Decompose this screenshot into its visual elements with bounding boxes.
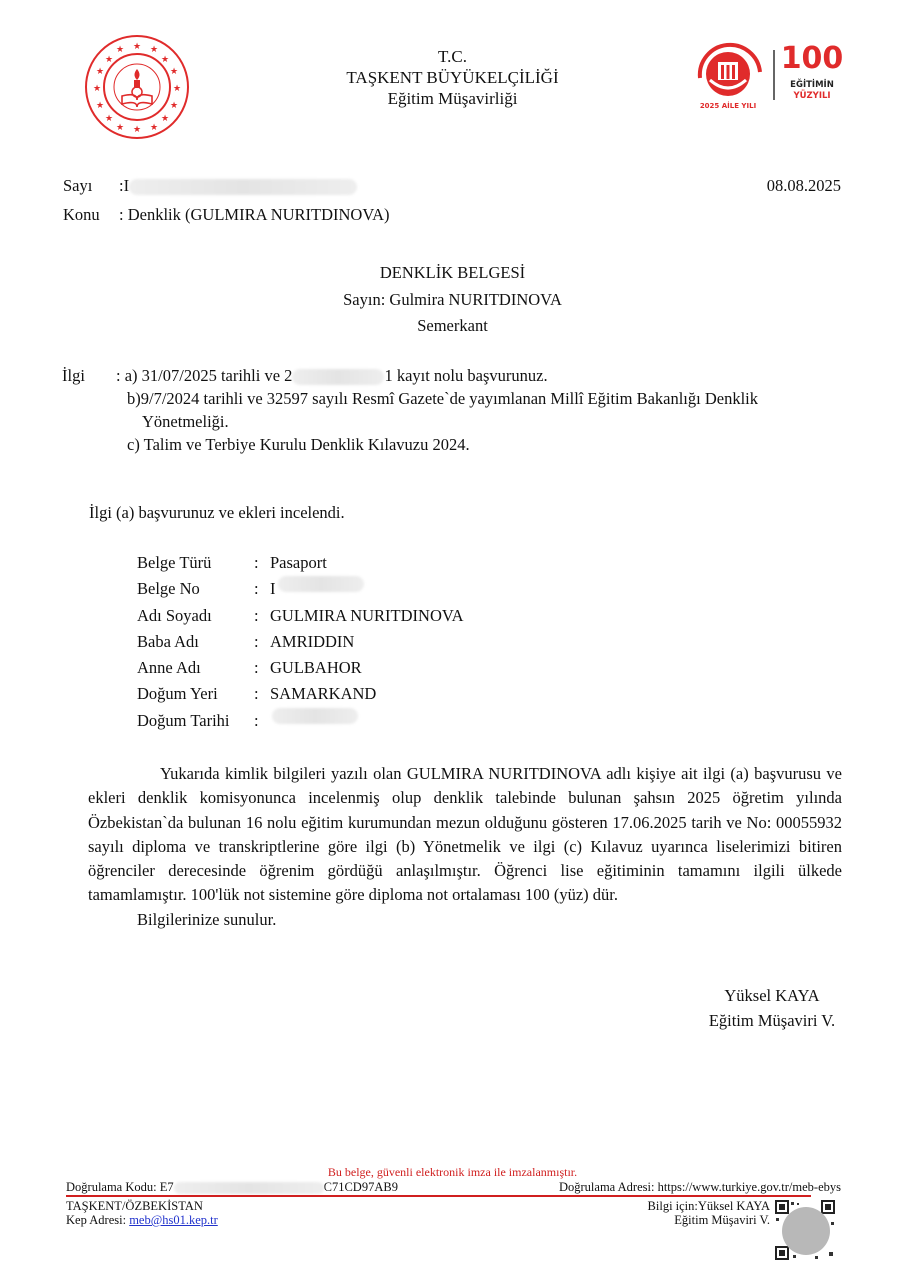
svg-text:★: ★ [133, 125, 141, 135]
qr-code [775, 1200, 835, 1260]
footer-location: TAŞKENT/ÖZBEKİSTAN [66, 1199, 218, 1213]
field-colon: : [254, 603, 270, 629]
footer-info-contact: Bilgi için:Yüksel KAYA [648, 1199, 770, 1213]
addressee: Sayın: Gulmira NURITDINOVA [0, 287, 905, 314]
field-row: Belge No:I [137, 576, 464, 602]
field-colon: : [254, 550, 270, 576]
qr-code-icon [775, 1200, 835, 1260]
svg-text:EĞİTİMİN: EĞİTİMİN [790, 78, 834, 90]
svg-text:2025 AİLE YILI: 2025 AİLE YILI [700, 101, 756, 110]
field-value: I [270, 576, 276, 602]
sayi-row: Sayı:I [63, 176, 357, 196]
body-paragraph: Yukarıda kimlik bilgileri yazılı olan GU… [88, 762, 842, 908]
ilgi-references: İlgi: a) 31/07/2025 tarihli ve 21 kayıt … [62, 364, 852, 456]
field-label: Doğum Tarihi [137, 708, 254, 734]
verification-address: Doğrulama Adresi: https://www.turkiye.go… [559, 1180, 841, 1195]
svg-text:★: ★ [150, 123, 158, 133]
field-value: GULMIRA NURITDINOVA [270, 603, 464, 629]
konu-value: : Denklik (GULMIRA NURITDINOVA) [119, 205, 390, 224]
svg-text:★: ★ [116, 123, 124, 133]
aile-yili-logo-icon: 2025 AİLE YILI 100 EĞİTİMİN YÜZYILI [692, 38, 844, 110]
field-colon: : [254, 681, 270, 707]
sayi-value-prefix: :I [119, 176, 129, 195]
aile-yili-100-yil-logo: 2025 AİLE YILI 100 EĞİTİMİN YÜZYILI [692, 38, 844, 110]
field-label: Anne Adı [137, 655, 254, 681]
redacted-verification-code [174, 1182, 324, 1194]
verification-line: Doğrulama Kodu: E7C71CD97AB9 Doğrulama A… [66, 1180, 841, 1195]
field-label: Doğum Yeri [137, 681, 254, 707]
ilgi-label: İlgi [62, 364, 116, 387]
signer-name: Yüksel KAYA [692, 984, 852, 1009]
redacted-field-value [272, 708, 358, 724]
signer-title: Eğitim Müşaviri V. [692, 1009, 852, 1034]
konu-label: Konu [63, 205, 119, 225]
field-label: Belge Türü [137, 550, 254, 576]
kep-address-row: Kep Adresi: meb@hs01.kep.tr [66, 1213, 218, 1227]
redacted-sayi [129, 179, 357, 195]
esign-note: Bu belge, güvenli elektronik imza ile im… [0, 1165, 905, 1180]
intro-sentence: İlgi (a) başvurunuz ve ekleri incelendi. [89, 503, 345, 523]
ilgi-item-a: İlgi: a) 31/07/2025 tarihli ve 21 kayıt … [62, 364, 852, 387]
svg-text:100: 100 [781, 41, 844, 76]
svg-text:YÜZYILI: YÜZYILI [792, 90, 830, 101]
verification-code: Doğrulama Kodu: E7C71CD97AB9 [66, 1180, 398, 1195]
field-colon: : [254, 655, 270, 681]
document-date: 08.08.2025 [767, 176, 841, 196]
svg-text:★: ★ [161, 114, 169, 124]
document-title: DENKLİK BELGESİ [0, 260, 905, 287]
footer-left: TAŞKENT/ÖZBEKİSTAN Kep Adresi: meb@hs01.… [66, 1199, 218, 1227]
field-row: Doğum Yeri:SAMARKAND [137, 681, 464, 707]
field-row: Baba Adı:AMRIDDIN [137, 629, 464, 655]
footer-divider [66, 1195, 811, 1197]
closing-line: Bilgilerinize sunulur. [88, 908, 842, 932]
body-text: Yukarıda kimlik bilgileri yazılı olan GU… [88, 762, 842, 932]
field-row: Adı Soyadı:GULMIRA NURITDINOVA [137, 603, 464, 629]
field-value: Pasaport [270, 550, 327, 576]
konu-row: Konu: Denklik (GULMIRA NURITDINOVA) [63, 205, 390, 225]
field-value: AMRIDDIN [270, 629, 354, 655]
redacted-kayit-no [292, 369, 384, 385]
kep-address-link[interactable]: meb@hs01.kep.tr [129, 1213, 218, 1227]
title-block: DENKLİK BELGESİ Sayın: Gulmira NURITDINO… [0, 260, 905, 340]
field-label: Baba Adı [137, 629, 254, 655]
footer-right: Bilgi için:Yüksel KAYA Eğitim Müşaviri V… [648, 1199, 770, 1227]
addressee-city: Semerkant [0, 313, 905, 340]
field-value: SAMARKAND [270, 681, 376, 707]
ilgi-item-c: c) Talim ve Terbiye Kurulu Denklik Kılav… [62, 433, 852, 456]
signature-block: Yüksel KAYA Eğitim Müşaviri V. [692, 984, 852, 1033]
ilgi-item-b: b)9/7/2024 tarihli ve 32597 sayılı Resmî… [62, 387, 852, 410]
field-row: Anne Adı:GULBAHOR [137, 655, 464, 681]
svg-text:★: ★ [105, 114, 113, 124]
redacted-field-value [278, 576, 364, 592]
footer-info-title: Eğitim Müşaviri V. [648, 1213, 770, 1227]
field-label: Belge No [137, 576, 254, 602]
field-colon: : [254, 576, 270, 602]
identity-fields: Belge Türü:PasaportBelge No:IAdı Soyadı:… [137, 550, 464, 734]
field-row: Doğum Tarihi: [137, 708, 464, 734]
field-value: GULBAHOR [270, 655, 362, 681]
ilgi-item-b-cont: Yönetmeliği. [62, 410, 852, 433]
sayi-label: Sayı [63, 176, 119, 196]
field-colon: : [254, 708, 270, 734]
field-label: Adı Soyadı [137, 603, 254, 629]
field-colon: : [254, 629, 270, 655]
field-row: Belge Türü:Pasaport [137, 550, 464, 576]
